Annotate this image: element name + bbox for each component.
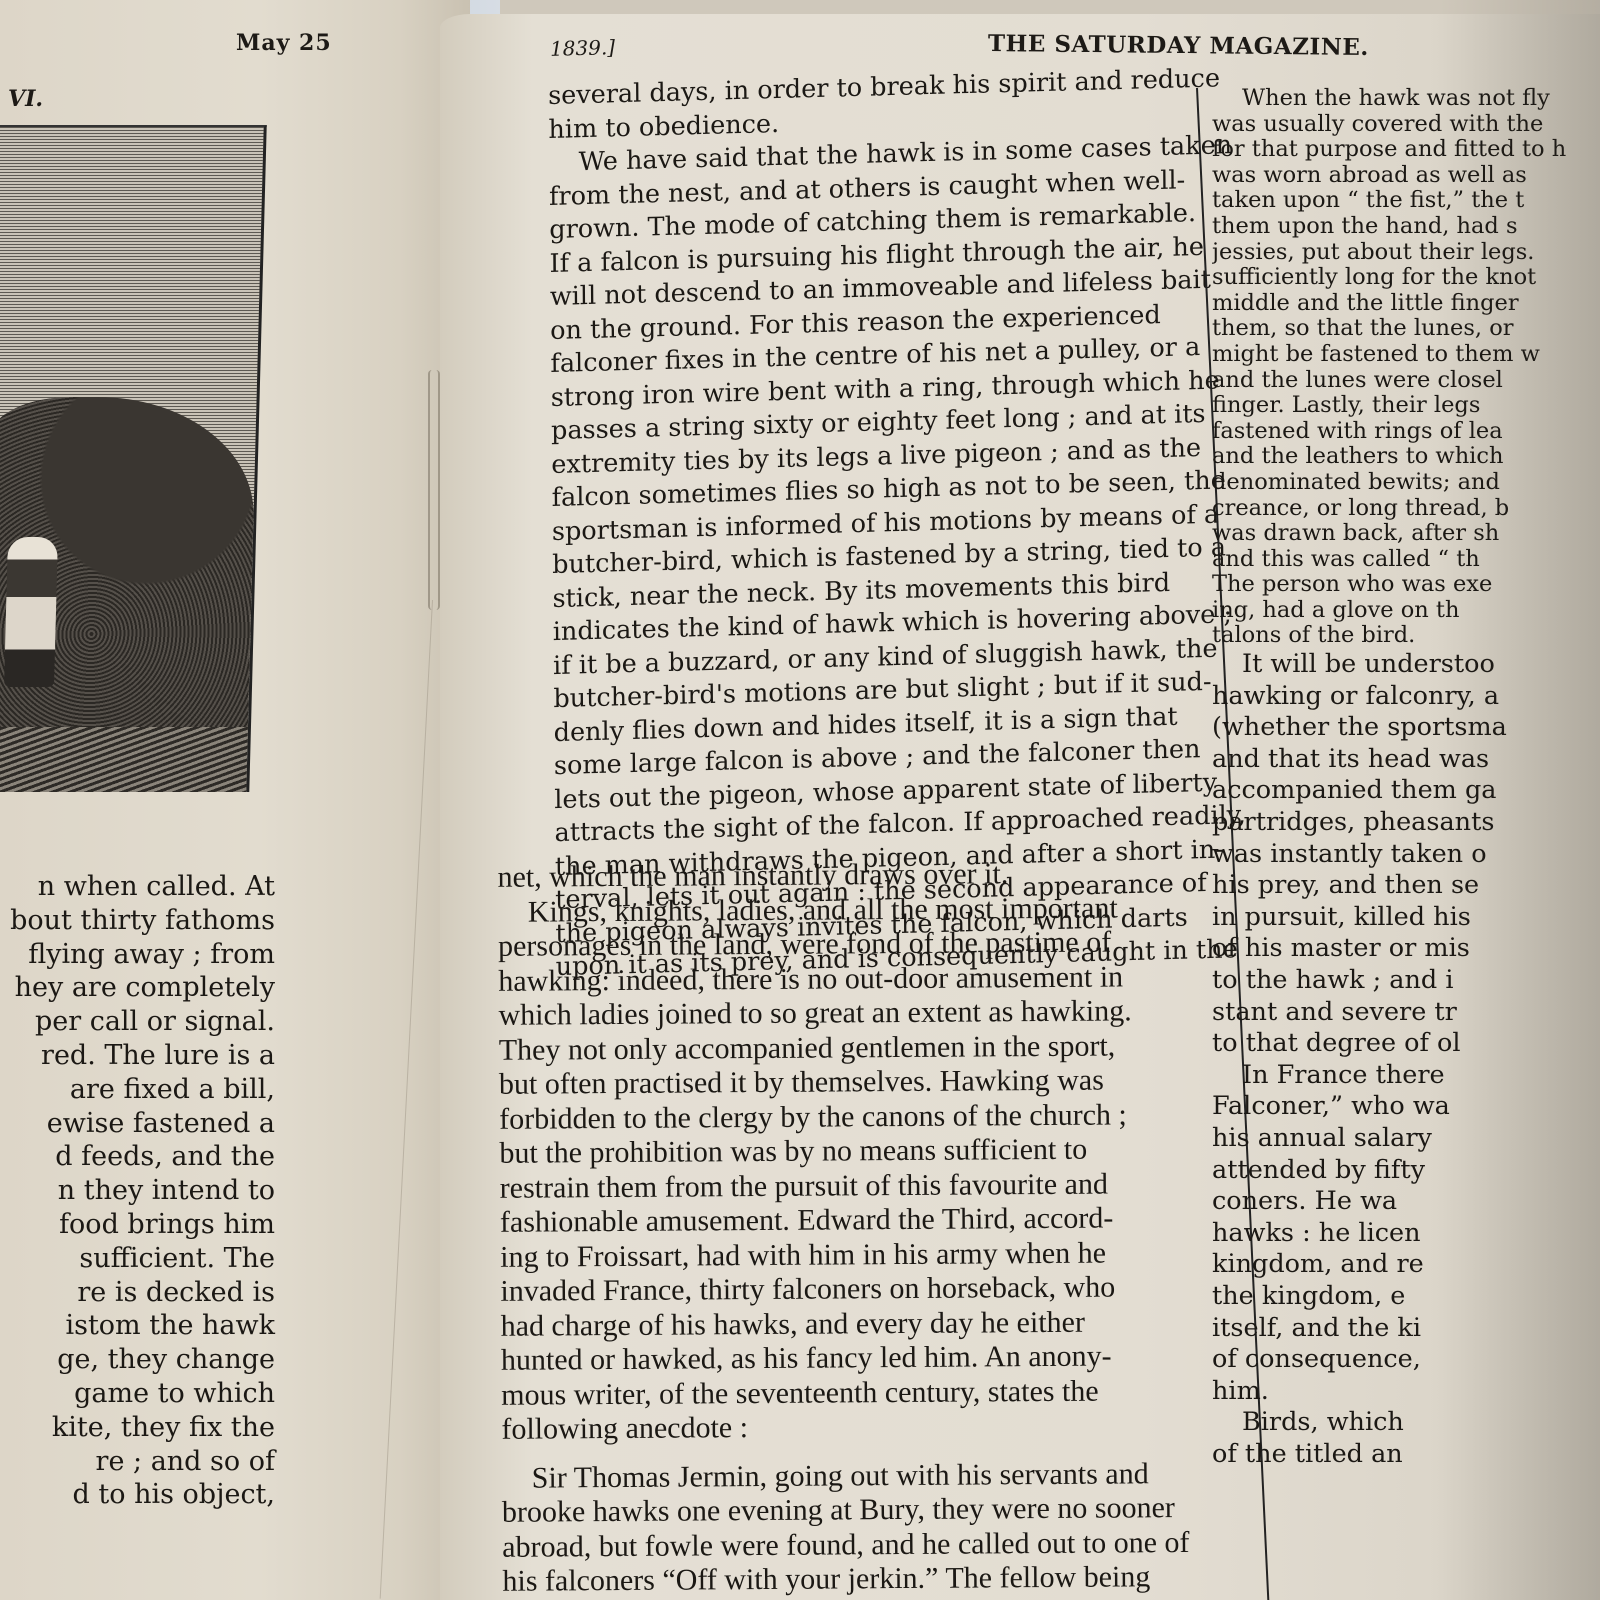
text-line: which ladies joined to so great an exten… bbox=[498, 993, 1298, 1033]
text-line: (whether the sportsma bbox=[1212, 712, 1600, 744]
text-line: and that its head was bbox=[1212, 744, 1600, 776]
quote-line: abroad, but fowle were found, and he cal… bbox=[502, 1525, 1302, 1565]
text-line: sufficient. The bbox=[0, 1242, 275, 1276]
text-line: When the hawk was not fly bbox=[1212, 86, 1600, 112]
text-line: attended by fifty bbox=[1212, 1155, 1600, 1187]
text-line: game to which bbox=[0, 1377, 275, 1411]
text-line: ewise fastened a bbox=[0, 1107, 275, 1141]
running-head-date: May 25 bbox=[236, 30, 332, 56]
text-line: bout thirty fathoms bbox=[0, 904, 275, 938]
text-line: partridges, pheasants bbox=[1212, 807, 1600, 839]
text-line: invaded France, thirty falconers on hors… bbox=[500, 1269, 1300, 1309]
text-line: Falconer,” who wa bbox=[1212, 1091, 1600, 1123]
text-line: taken upon “ the fist,” the t bbox=[1212, 188, 1600, 214]
text-line: was instantly taken o bbox=[1212, 839, 1600, 871]
text-line: was worn abroad as well as bbox=[1212, 163, 1600, 189]
text-line: net, which the man instantly draws over … bbox=[497, 855, 1297, 895]
text-line: hawking or falconry, a bbox=[1212, 681, 1600, 713]
text-line: restrain them from the pursuit of this f… bbox=[500, 1166, 1300, 1206]
text-line: denominated bewits; and bbox=[1212, 470, 1600, 496]
text-line: to that degree of ol bbox=[1212, 1028, 1600, 1060]
text-line: hey are completely bbox=[0, 971, 275, 1005]
left-page-text-column: n when called. At bout thirty fathoms fl… bbox=[0, 870, 275, 1512]
text-line: n they intend to bbox=[0, 1174, 275, 1208]
text-line: per call or signal. bbox=[0, 1005, 275, 1039]
right-column: When the hawk was not fly was usually co… bbox=[1212, 86, 1600, 1600]
text-line: accompanied them ga bbox=[1212, 775, 1600, 807]
illustration-ground bbox=[0, 727, 248, 792]
text-line: red. The lure is a bbox=[0, 1039, 275, 1073]
running-head-year: 1839.] bbox=[550, 35, 616, 61]
illustration-falconer-figure bbox=[4, 537, 58, 687]
text-line: but often practised it by themselves. Ha… bbox=[499, 1062, 1299, 1102]
text-line: might be fastened to them w bbox=[1212, 342, 1600, 368]
text-line: kite, they fix the bbox=[0, 1411, 275, 1445]
text-line: hunted or hawked, as his fancy led him. … bbox=[501, 1338, 1301, 1378]
quote-line: his falconers “Off with your jerkin.” Th… bbox=[502, 1559, 1302, 1599]
text-line: creance, or long thread, b bbox=[1212, 496, 1600, 522]
text-line: d feeds, and the bbox=[0, 1140, 275, 1174]
text-line: of his master or mis bbox=[1212, 933, 1600, 965]
gutter-crease bbox=[428, 370, 440, 610]
text-line: mous writer, of the seventeenth century,… bbox=[501, 1373, 1301, 1413]
text-line: to the hawk ; and i bbox=[1212, 965, 1600, 997]
text-line: ing, had a glove on th bbox=[1212, 598, 1600, 624]
text-line: n when called. At bbox=[0, 870, 275, 904]
text-line: them upon the hand, had s bbox=[1212, 214, 1600, 240]
text-line: his annual salary bbox=[1212, 1123, 1600, 1155]
right-column-lower: It will be understoo hawking or falconry… bbox=[1212, 649, 1600, 1470]
text-line: Kings, knights, ladies, and all the most… bbox=[498, 890, 1298, 930]
text-line: re ; and so of bbox=[0, 1445, 275, 1479]
text-line: itself, and the ki bbox=[1212, 1313, 1600, 1345]
quote-line: brooke hawks one evening at Bury, they w… bbox=[502, 1490, 1302, 1530]
text-line: his prey, and then se bbox=[1212, 870, 1600, 902]
text-line: The person who was exe bbox=[1212, 572, 1600, 598]
text-line: for that purpose and fitted to h bbox=[1212, 137, 1600, 163]
text-line: fashionable amusement. Edward the Third,… bbox=[500, 1200, 1300, 1240]
text-line: Birds, which bbox=[1212, 1407, 1600, 1439]
text-line: They not only accompanied gentlemen in t… bbox=[499, 1028, 1299, 1068]
text-line: in pursuit, killed his bbox=[1212, 902, 1600, 934]
text-line: middle and the little finger bbox=[1212, 291, 1600, 317]
woodcut-illustration bbox=[0, 125, 267, 792]
text-line: coners. He wa bbox=[1212, 1186, 1600, 1218]
text-line: them, so that the lunes, or bbox=[1212, 316, 1600, 342]
text-line: stant and severe tr bbox=[1212, 997, 1600, 1029]
running-head-title: THE SATURDAY MAGAZINE. bbox=[988, 30, 1369, 61]
text-line: jessies, put about their legs. bbox=[1212, 240, 1600, 266]
text-line: flying away ; from bbox=[0, 938, 275, 972]
text-line: It will be understoo bbox=[1212, 649, 1600, 681]
text-line: forbidden to the clergy by the canons of… bbox=[499, 1097, 1299, 1137]
main-column-top: several days, in order to break his spir… bbox=[548, 62, 1236, 984]
text-line: food brings him bbox=[0, 1208, 275, 1242]
text-line: d to his object, bbox=[0, 1478, 275, 1512]
text-line: was usually covered with the bbox=[1212, 112, 1600, 138]
text-line: fastened with rings of lea bbox=[1212, 419, 1600, 445]
text-line: personages in the land, were fond of the… bbox=[498, 924, 1298, 964]
text-line: In France there bbox=[1212, 1060, 1600, 1092]
text-line: ing to Froissart, had with him in his ar… bbox=[500, 1235, 1300, 1275]
text-line: istom the hawk bbox=[0, 1309, 275, 1343]
quote-line: Sir Thomas Jermin, going out with his se… bbox=[502, 1456, 1302, 1496]
text-line: of the titled an bbox=[1212, 1439, 1600, 1471]
text-line: but the prohibition was by no means suff… bbox=[499, 1131, 1299, 1171]
main-column-bottom: net, which the man instantly draws over … bbox=[497, 855, 1302, 1599]
text-line: the kingdom, e bbox=[1212, 1281, 1600, 1313]
text-line: are fixed a bill, bbox=[0, 1073, 275, 1107]
text-line: was drawn back, after sh bbox=[1212, 521, 1600, 547]
text-line: hawking: indeed, there is no out-door am… bbox=[498, 959, 1298, 999]
text-line: finger. Lastly, their legs bbox=[1212, 393, 1600, 419]
text-line: him. bbox=[1212, 1376, 1600, 1408]
left-page: May 25 VI. n when called. At bout thirty… bbox=[0, 0, 470, 1600]
text-line: following anecdote : bbox=[501, 1407, 1301, 1447]
running-head-volume: VI. bbox=[8, 86, 43, 112]
text-line: re is decked is bbox=[0, 1276, 275, 1310]
text-line: ge, they change bbox=[0, 1343, 275, 1377]
text-line: of consequence, bbox=[1212, 1344, 1600, 1376]
text-line: and the leathers to which bbox=[1212, 444, 1600, 470]
text-line: and the lunes were closel bbox=[1212, 368, 1600, 394]
text-line: talons of the bird. bbox=[1212, 623, 1600, 649]
text-line: and this was called “ th bbox=[1212, 547, 1600, 573]
text-line: sufficiently long for the knot bbox=[1212, 265, 1600, 291]
text-line: had charge of his hawks, and every day h… bbox=[501, 1304, 1301, 1344]
text-line: kingdom, and re bbox=[1212, 1249, 1600, 1281]
text-line: hawks : he licen bbox=[1212, 1218, 1600, 1250]
